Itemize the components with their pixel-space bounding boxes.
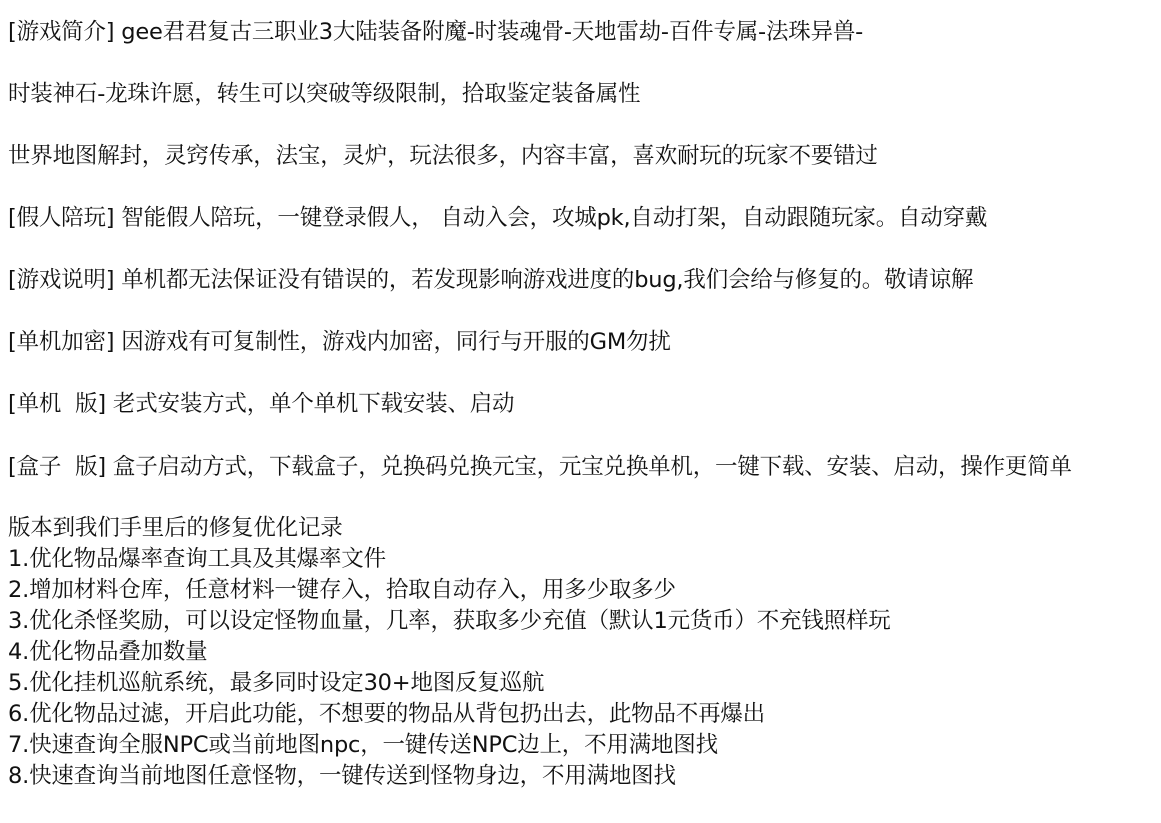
changelog-title: 版本到我们手里后的修复优化记录 — [8, 513, 343, 543]
changelog-item: 6.优化物品过滤，开启此功能，不想要的物品从背包扔出去，此物品不再爆出 — [8, 699, 765, 729]
changelog-item: 1.优化物品爆率查询工具及其爆率文件 — [8, 544, 386, 574]
paragraph-text: 智能假人陪玩，一键登录假人， 自动入会，攻城pk,自动打架，自动跟随玩家。自动穿… — [114, 205, 987, 231]
section-tag: [盒子 版] — [8, 454, 106, 480]
intro-paragraph-box-version: [盒子 版] 盒子启动方式，下载盒子，兑换码兑换元宝，元宝兑换单机，一键下载、安… — [8, 452, 1072, 482]
changelog-item: 2.增加材料仓库，任意材料一键存入，拾取自动存入，用多少取多少 — [8, 575, 676, 605]
paragraph-text: gee君君复古三职业3大陆装备附魔-时装魂骨-天地雷劫-百件专属-法珠异兽- — [114, 19, 863, 45]
paragraph-text: 单机都无法保证没有错误的，若发现影响游戏进度的bug,我们会给与修复的。敬请谅解 — [114, 267, 973, 293]
intro-paragraph-bots: [假人陪玩] 智能假人陪玩，一键登录假人， 自动入会，攻城pk,自动打架，自动跟… — [8, 203, 987, 233]
section-tag: [游戏简介] — [8, 19, 114, 45]
paragraph-text: 因游戏有可复制性，游戏内加密，同行与开服的GM勿扰 — [114, 329, 670, 355]
intro-paragraph-game-summary: [游戏简介] gee君君复古三职业3大陆装备附魔-时装魂骨-天地雷劫-百件专属-… — [8, 17, 863, 47]
section-tag: [单机 版] — [8, 391, 106, 417]
paragraph-text: 世界地图解封，灵窍传承，法宝，灵炉，玩法很多，内容丰富，喜欢耐玩的玩家不要错过 — [8, 143, 878, 169]
changelog-item: 4.优化物品叠加数量 — [8, 637, 207, 667]
changelog-item: 7.快速查询全服NPC或当前地图npc，一键传送NPC边上，不用满地图找 — [8, 730, 718, 760]
paragraph-text: 盒子启动方式，下载盒子，兑换码兑换元宝，元宝兑换单机，一键下载、安装、启动，操作… — [106, 454, 1072, 480]
section-tag: [假人陪玩] — [8, 205, 114, 231]
intro-paragraph-features: 时装神石-龙珠许愿，转生可以突破等级限制，拾取鉴定装备属性 — [8, 79, 640, 109]
changelog-item: 5.优化挂机巡航系统，最多同时设定30+地图反复巡航 — [8, 668, 544, 698]
intro-paragraph-standalone-version: [单机 版] 老式安装方式，单个单机下载安装、启动 — [8, 389, 514, 419]
section-tag: [游戏说明] — [8, 267, 114, 293]
intro-paragraph-encryption: [单机加密] 因游戏有可复制性，游戏内加密，同行与开服的GM勿扰 — [8, 327, 671, 357]
changelog-item: 8.快速查询当前地图任意怪物，一键传送到怪物身边，不用满地图找 — [8, 761, 676, 791]
section-tag: [单机加密] — [8, 329, 114, 355]
intro-paragraph-gameplay: 世界地图解封，灵窍传承，法宝，灵炉，玩法很多，内容丰富，喜欢耐玩的玩家不要错过 — [8, 141, 878, 171]
changelog-item: 3.优化杀怪奖励，可以设定怪物血量，几率，获取多少充值（默认1元货币）不充钱照样… — [8, 606, 891, 636]
paragraph-text: 时装神石-龙珠许愿，转生可以突破等级限制，拾取鉴定装备属性 — [8, 81, 640, 107]
paragraph-text: 老式安装方式，单个单机下载安装、启动 — [106, 391, 514, 417]
intro-paragraph-notice: [游戏说明] 单机都无法保证没有错误的，若发现影响游戏进度的bug,我们会给与修… — [8, 265, 973, 295]
